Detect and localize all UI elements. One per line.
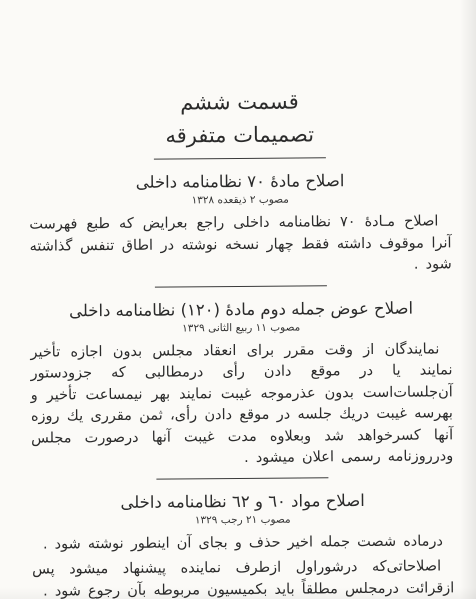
section-heading: اصلاح مادهٔ ٧٠ نظامنامه داخلی	[29, 170, 451, 192]
divider	[155, 285, 327, 287]
section-paragraph: اصلاحاتی‌که درشوراول ازطرف نماینده پیشنه…	[32, 556, 454, 599]
document-page: قسمت ششم تصمیمات متفرقه اصلاح مادهٔ ٧٠ ن…	[0, 0, 476, 599]
divider	[156, 477, 328, 479]
divider	[154, 157, 326, 159]
section-article-70: اصلاح مادهٔ ٧٠ نظامنامه داخلی مصوب ٢ ذیق…	[29, 170, 452, 279]
section-date: مصوب ١١ ربیع الثانی ١٣٢٩	[30, 320, 452, 335]
section-date: مصوب ٢ ذیقعده ١٣٢٨	[29, 192, 451, 207]
section-heading: اصلاح مواد ٦٠ و ٦٢ نظامنامه داخلی	[32, 490, 454, 512]
part-subtitle: تصمیمات متفرقه	[29, 121, 451, 148]
section-date: مصوب ٢١ رجب ١٣٢٩	[32, 512, 454, 527]
section-paragraph: نمایندگان از وقت مقرر برای انعقاد مجلس ب…	[30, 339, 453, 471]
section-articles-60-62: اصلاح مواد ٦٠ و ٦٢ نظامنامه داخلی مصوب ٢…	[32, 490, 455, 599]
part-title: قسمت ششم	[28, 88, 450, 115]
section-paragraph: اصلاح مـادهٔ ٧٠ نظامنامه داخلی راجع بعرا…	[29, 211, 451, 279]
section-article-120: اصلاح عوض جمله دوم مادهٔ (١٢٠) نظامنامه …	[30, 298, 453, 471]
section-heading: اصلاح عوض جمله دوم مادهٔ (١٢٠) نظامنامه …	[30, 298, 452, 320]
section-paragraph: درماده شصت جمله اخیر حذف و بجای آن اینطو…	[32, 531, 454, 556]
